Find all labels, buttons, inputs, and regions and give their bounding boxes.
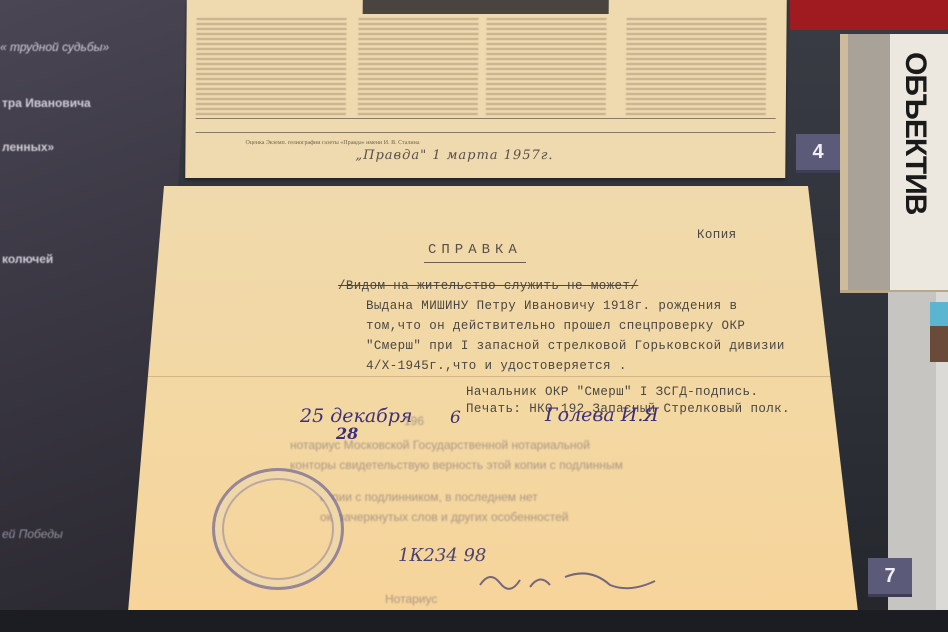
book-title: ОБЪЕКТИВ — [898, 52, 932, 214]
notary-label: Нотариус — [385, 592, 437, 606]
divider — [196, 118, 776, 119]
round-seal-stamp — [212, 468, 344, 590]
exhibit-label-4: 4 — [796, 134, 840, 173]
printed-year: 196 — [404, 414, 424, 428]
struck-line: /Видом на жительство служить не может/ — [338, 279, 638, 293]
notary-text: нотариус Московской Государственной нота… — [290, 438, 590, 452]
handwritten-name: Голева И.Я — [545, 404, 659, 426]
registry-number: 1К234 98 — [398, 545, 486, 566]
handwritten-caption: „Правда" 1 марта 1957г. — [355, 148, 553, 163]
case-bottom-edge — [0, 610, 948, 632]
paper-fold — [128, 376, 858, 377]
notary-text: конторы свидетельствую верность этой коп… — [290, 458, 623, 472]
panel-text-line: ленных» — [2, 140, 54, 154]
newspaper-footer: Оценка Экземп. гелиографии газеты «Правд… — [246, 140, 420, 146]
newspaper-column — [626, 18, 767, 116]
certificate-title: СПРАВКА — [424, 242, 526, 263]
copy-mark: Копия — [697, 228, 737, 242]
signature-line: Начальник ОКР "Смерш" I ЗСГД-подпись. — [466, 385, 758, 399]
body-line: Выдана МИШИНУ Петру Ивановичу 1918г. рож… — [366, 299, 737, 313]
panel-text-line: колючей — [2, 252, 53, 266]
body-line: 4/X-1945г.,что и удостоверяется . — [366, 359, 627, 373]
handwritten-year: 6 — [450, 408, 461, 428]
notary-text: ок, зачеркнутых слов и других особенност… — [320, 510, 569, 524]
newspaper-column — [358, 18, 479, 116]
newspaper-column — [486, 18, 607, 116]
exhibit-label-7: 7 — [868, 558, 912, 597]
panel-text-line: ей Победы — [2, 527, 63, 541]
body-line: том,что он действительно прошел спецпров… — [366, 319, 745, 333]
newspaper-photo — [363, 0, 609, 14]
panel-text-line: « трудной судьбы» — [0, 40, 109, 54]
red-box-object — [790, 0, 948, 30]
newspaper-clipping: Оценка Экземп. гелиографии газеты «Правд… — [185, 0, 787, 178]
panel-text-line: тра Ивановича — [2, 96, 91, 110]
notary-text: копии с подлинником, в последнем нет — [320, 490, 538, 504]
handwritten-office-number: 28 — [336, 424, 358, 443]
divider — [196, 132, 776, 133]
signature — [470, 565, 670, 595]
newspaper-column — [196, 18, 347, 116]
body-line: "Смерш" при I запасной стрелковой Горько… — [366, 339, 785, 353]
book-illustration — [930, 302, 948, 362]
